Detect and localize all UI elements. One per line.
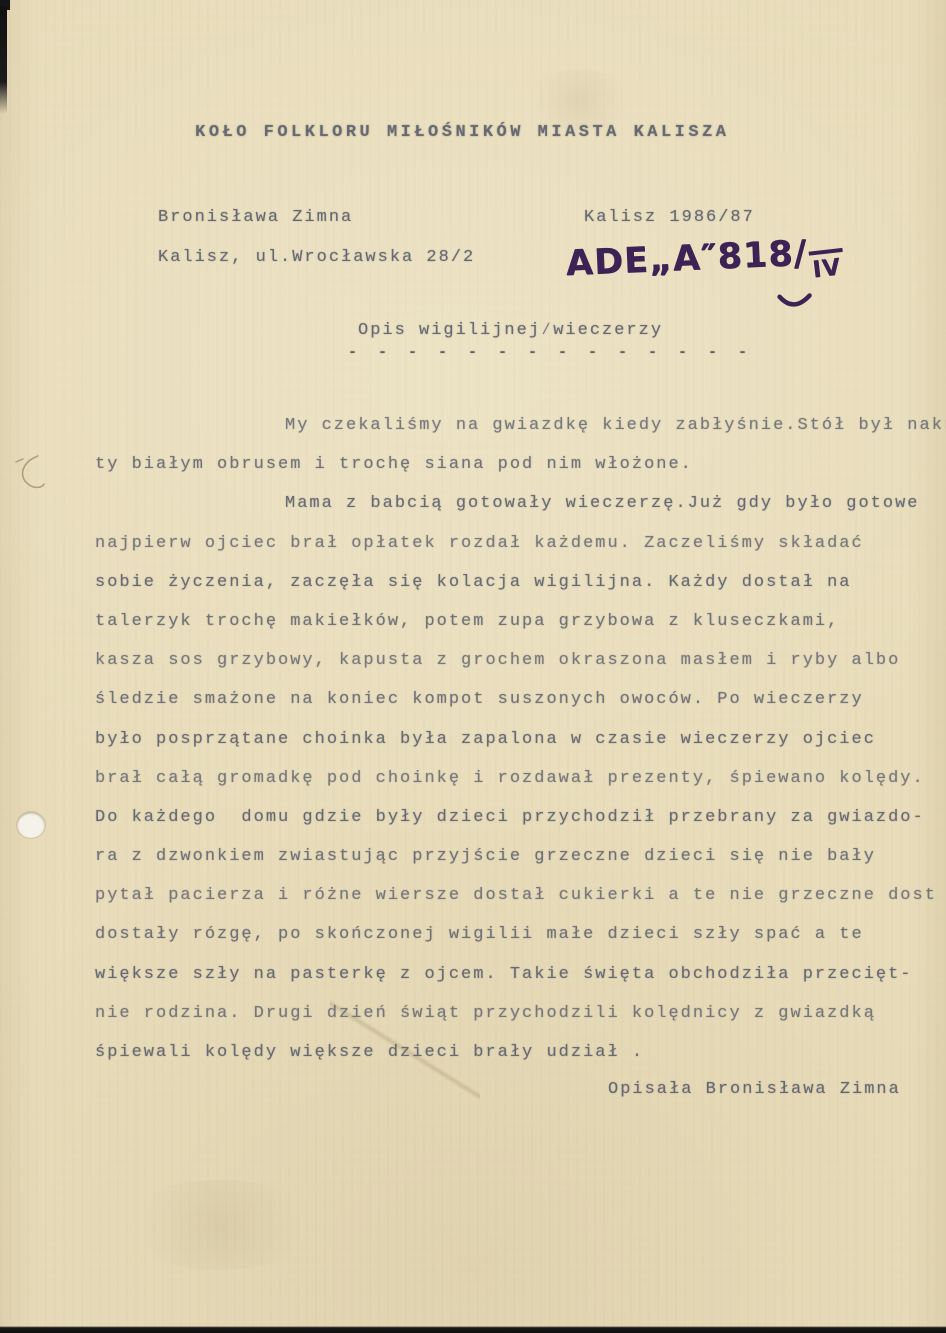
body-lines: My czekaliśmy na gwiazdkę kiedy zabłyśni… [95,406,910,1072]
body-line: ra z dzwonkiem zwiastując przyjście grze… [95,837,910,876]
body-line: dostały rózgę, po skończonej wigilii mał… [95,915,910,954]
body-line: talerzyk trochę makiełków, potem zupa gr… [95,602,910,641]
body-line: śledzie smażone na koniec kompot suszony… [95,680,910,719]
body-line: My czekaliśmy na gwiazdkę kiedy zabłyśni… [95,406,910,445]
document-header: KOŁO FOLKLORU MIŁOŚNIKÓW MIASTA KALISZA [195,123,729,142]
marker-check-swoosh [775,289,816,313]
body-line: brał całą gromadkę pod choinkę i rozdawa… [95,759,910,798]
body-line: sobie życzenia, zaczęła się kolacja wigi… [95,563,910,602]
author-address: Kalisz, ul.Wrocławska 28/2 [158,248,475,267]
place-and-year: Kalisz 1986/87 [584,208,755,227]
title-dashed-underline: - - - - - - - - - - - - - - [348,344,753,361]
body-line: śpiewali kolędy większe dzieci brały udz… [95,1033,910,1072]
scanned-document-page: KOŁO FOLKLORU MIŁOŚNIKÓW MIASTA KALISZA … [0,0,946,1333]
author-name: Bronisława Zimna [158,208,353,227]
hole-punch [17,812,45,838]
body-line: było posprzątane choinka była zapalona w… [95,720,910,759]
body-line: kasza sos grzybowy, kapusta z grochem ok… [95,641,910,680]
signature-line: Opisała Bronisława Zimna [608,1080,901,1099]
pencil-mark [8,448,58,503]
body-line: Mama z babcią gotowały wieczerzę.Już gdy… [95,484,910,523]
paper-smudge [120,1180,320,1270]
paper-smudge [520,70,640,130]
document-title: Opis wigilijnej∕wieczerzy [358,321,663,340]
body-line: nie rodzina. Drugi dzień świąt przychodz… [95,994,910,1033]
scan-edge-bottom-strip [0,1326,946,1333]
body-line: najpierw ojciec brał opłatek rozdał każd… [95,524,910,563]
scan-edge-left-strip [0,6,7,114]
body-line: Do każdego domu gdzie były dzieci przych… [95,798,910,837]
archival-note-sub: IV [808,248,846,284]
handwritten-archival-note: ADE„A″818/IV [565,232,845,293]
body-line: ty białym obrusem i trochę siana pod nim… [95,445,910,484]
body-line: większe szły na pasterkę z ojcem. Takie … [95,955,910,994]
body-line: pytał pacierza i różne wiersze dostał cu… [95,876,910,915]
archival-note-main: ADE„A″818/ [565,234,808,285]
